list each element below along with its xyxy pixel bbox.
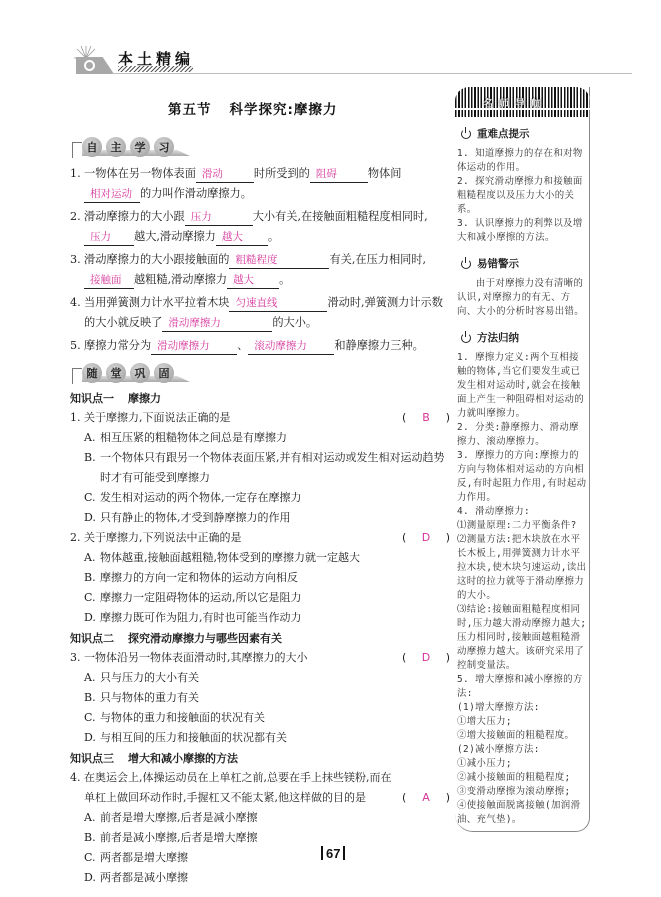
sidebar-section-title: 易错警示	[461, 255, 588, 273]
brand-header: 本土精编	[72, 44, 632, 74]
question-stem: 4. 在奥运会上,体操运动员在上单杠之前,总要在手上抹些镁粉,而在单杠上做回环动…	[70, 768, 450, 808]
answer-blank[interactable]: 压力	[84, 229, 134, 246]
option[interactable]: D.只有静止的物体,才受到静摩擦力的作用	[70, 508, 450, 528]
answer-blank[interactable]: 阻碍	[310, 166, 368, 183]
sidebar-section-title: 方法归纳	[461, 329, 588, 347]
answer-blank[interactable]: 匀速直线	[229, 295, 327, 312]
option[interactable]: D.与相互间的压力和接触面的状况都有关	[70, 728, 450, 748]
option[interactable]: C.两者都是增大摩擦	[70, 848, 450, 868]
answer-letter: A	[422, 788, 430, 808]
option[interactable]: B.一个物体只有跟另一个物体表面压紧,并有相对运动或发生相对运动趋势时才有可能受…	[70, 448, 450, 488]
answer-bracket[interactable]: (B)	[402, 408, 450, 428]
badge: 固	[154, 363, 174, 383]
page-number: 67	[318, 846, 348, 861]
answer-blank[interactable]: 粗糙程度	[229, 252, 329, 269]
badge: 自	[82, 137, 102, 157]
answer-bracket[interactable]: (D)	[402, 528, 450, 548]
option[interactable]: B.摩擦力的方向一定和物体的运动方向相反	[70, 568, 450, 588]
badge: 堂	[106, 363, 126, 383]
fill-item: 2. 滑动摩擦力的大小跟压力大小有关,在接触面粗糙程度相同时,压力越大,滑动摩擦…	[70, 207, 450, 247]
question-stem: 3. 一物体沿另一物体表面滑动时,其摩擦力的大小 (D)	[70, 648, 450, 668]
option[interactable]: A.前者是增大摩擦,后者是减小摩擦	[70, 808, 450, 828]
self-study-header: 自 主 学 习	[70, 134, 450, 160]
question: 4. 在奥运会上,体操运动员在上单杠之前,总要在手上抹些镁粉,而在单杠上做回环动…	[70, 768, 450, 888]
sidebar-section-text: 由于对摩擦力没有清晰的认识,对摩擦力的有无、方向、大小的分析时容易出错。	[457, 277, 588, 319]
knowledge-point-title: 知识点三增大和减小摩擦的方法	[70, 750, 450, 768]
answer-letter: D	[422, 648, 430, 668]
sidebar-tips: 名师导航 重难点提示 1. 知道摩擦力的存在和对物体运动的作用。 2. 探究滑动…	[455, 87, 590, 832]
question-stem: 2. 关于摩擦力,下列说法中正确的是 (D)	[70, 528, 450, 548]
answer-blank[interactable]: 越大	[216, 229, 268, 246]
question: 1. 关于摩擦力,下面说法正确的是 (B) A.相互压紧的粗糙物体之间总是有摩擦…	[70, 408, 450, 528]
badge: 主	[106, 137, 126, 157]
option[interactable]: B.只与物体的重力有关	[70, 688, 450, 708]
section-title: 第五节科学探究:摩擦力	[168, 98, 337, 118]
brand-tab	[76, 57, 114, 74]
answer-bracket[interactable]: (D)	[402, 648, 450, 668]
badge: 随	[82, 363, 102, 383]
section-name: 科学探究:摩擦力	[230, 102, 338, 118]
question: 2. 关于摩擦力,下列说法中正确的是 (D) A.物体越重,接触面越粗糙,物体受…	[70, 528, 450, 628]
answer-blank[interactable]: 滑动	[196, 166, 254, 183]
fill-item: 3. 滑动摩擦力的大小跟接触面的粗糙程度有关,在压力相同时,接触面越粗糙,滑动摩…	[70, 250, 450, 290]
sidebar-section-title: 重难点提示	[461, 125, 588, 143]
option[interactable]: D.两者都是减小摩擦	[70, 868, 450, 888]
knowledge-point-title: 知识点二探究滑动摩擦力与哪些因素有关	[70, 630, 450, 648]
fill-in-list: 1. 一物体在另一物体表面滑动时所受到的阻碍物体间相对运动的力叫作滑动摩擦力。 …	[70, 164, 450, 356]
option[interactable]: C.与物体的重力和接触面的状况有关	[70, 708, 450, 728]
fill-item: 5. 摩擦力常分为滑动摩擦力、滚动摩擦力和静摩擦力三种。	[70, 336, 450, 356]
sidebar-body: 重难点提示 1. 知道摩擦力的存在和对物体运动的作用。 2. 探究滑动摩擦力和接…	[457, 123, 588, 827]
option[interactable]: D.摩擦力既可作为阻力,有时也可能当作动力	[70, 608, 450, 628]
option[interactable]: A.相互压紧的粗糙物体之间总是有摩擦力	[70, 428, 450, 448]
sidebar-header-label: 名师导航	[483, 95, 547, 110]
sidebar-section-text: 1. 知道摩擦力的存在和对物体运动的作用。 2. 探究滑动摩擦力和接触面粗糙程度…	[457, 147, 588, 245]
badge: 习	[154, 137, 174, 157]
answer-blank[interactable]: 压力	[185, 209, 253, 226]
answer-blank[interactable]: 相对运动	[84, 186, 140, 203]
answer-blank[interactable]: 越大	[227, 272, 279, 289]
badge: 学	[130, 137, 150, 157]
answer-blank[interactable]: 滚动摩擦力	[248, 338, 334, 355]
option[interactable]: B.前者是减小摩擦,后者是增大摩擦	[70, 828, 450, 848]
brand-hatch	[118, 66, 193, 72]
answer-blank[interactable]: 接触面	[84, 272, 134, 289]
sidebar-header: 名师导航	[455, 87, 590, 117]
option[interactable]: C.摩擦力一定阻碍物体的运动,所以它是阻力	[70, 588, 450, 608]
answer-letter: D	[422, 528, 430, 548]
header-rule	[112, 73, 632, 74]
knowledge-point-title: 知识点一摩擦力	[70, 390, 450, 408]
answer-letter: B	[422, 408, 430, 428]
power-icon	[461, 259, 471, 269]
section-number: 第五节	[168, 102, 212, 118]
option[interactable]: A.物体越重,接触面越粗糙,物体受到的摩擦力就一定越大	[70, 548, 450, 568]
sidebar-section-text: 1. 摩擦力定义:两个互相接触的物体,当它们要发生或已发生相对运动时,就会在接触…	[457, 351, 588, 827]
power-icon	[461, 333, 471, 343]
answer-bracket[interactable]: (A)	[402, 788, 450, 808]
answer-blank[interactable]: 滑动摩擦力	[151, 338, 237, 355]
power-icon	[461, 129, 471, 139]
fill-item: 4. 当用弹簧测力计水平拉着木块匀速直线滑动时,弹簧测力计示数的大小就反映了滑动…	[70, 293, 450, 333]
fill-item: 1. 一物体在另一物体表面滑动时所受到的阻碍物体间相对运动的力叫作滑动摩擦力。	[70, 164, 450, 204]
circle-icon	[84, 60, 95, 71]
consolidation-header: 随 堂 巩 固	[70, 360, 450, 386]
answer-blank[interactable]: 滑动摩擦力	[162, 315, 272, 332]
question: 3. 一物体沿另一物体表面滑动时,其摩擦力的大小 (D) A.只与压力的大小有关…	[70, 648, 450, 748]
option[interactable]: A.只与压力的大小有关	[70, 668, 450, 688]
badge: 巩	[130, 363, 150, 383]
main-column: 自 主 学 习 1. 一物体在另一物体表面滑动时所受到的阻碍物体间相对运动的力叫…	[70, 134, 450, 888]
question-stem: 1. 关于摩擦力,下面说法正确的是 (B)	[70, 408, 450, 428]
option[interactable]: C.发生相对运动的两个物体,一定存在摩擦力	[70, 488, 450, 508]
